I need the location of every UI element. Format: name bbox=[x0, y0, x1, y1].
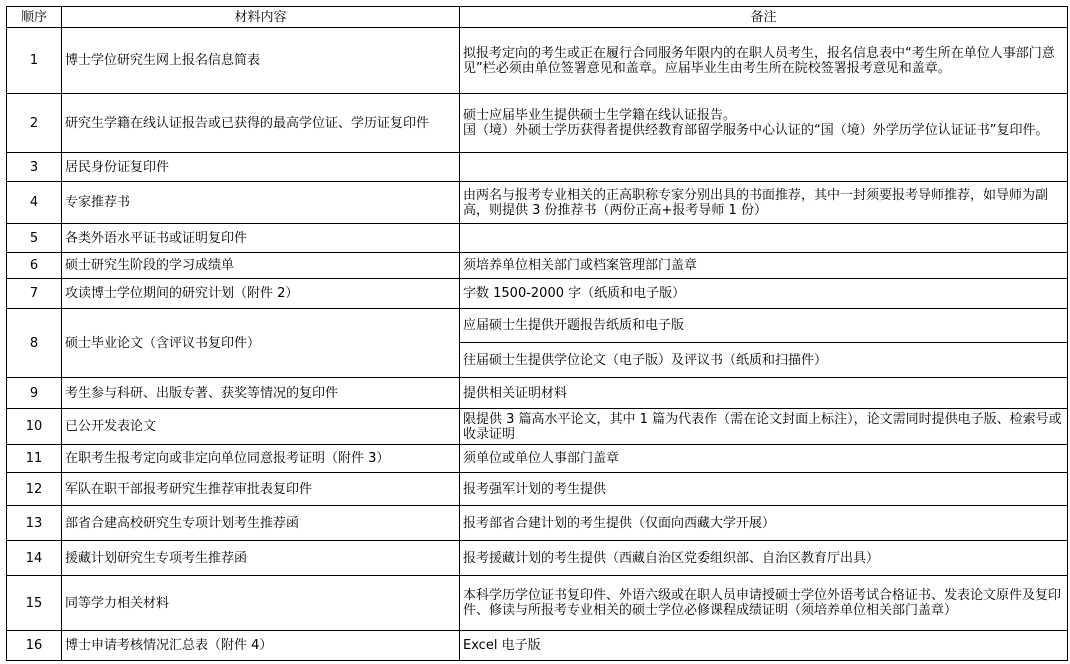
material-cell: 援藏计划研究生专项考生推荐函 bbox=[62, 541, 460, 576]
material-cell: 军队在职干部报考研究生推荐审批表复印件 bbox=[62, 473, 460, 506]
material-cell: 专家推荐书 bbox=[62, 182, 460, 224]
table-row: 6 硕士研究生阶段的学习成绩单 须培养单位相关部门或档案管理部门盖章 bbox=[7, 253, 1068, 279]
material-cell: 部省合建高校研究生专项计划考生推荐函 bbox=[62, 506, 460, 541]
row-number: 13 bbox=[7, 506, 62, 541]
note-cell: Excel 电子版 bbox=[460, 631, 1068, 661]
header-note: 备注 bbox=[460, 7, 1068, 28]
material-cell: 考生参与科研、出版专著、获奖等情况的复印件 bbox=[62, 378, 460, 409]
note-cell: 拟报考定向的考生或正在履行合同服务年限内的在职人员考生，报名信息表中“考生所在单… bbox=[460, 28, 1068, 94]
material-cell: 在职考生报考定向或非定向单位同意报考证明（附件 3） bbox=[62, 445, 460, 473]
table-row: 2 研究生学籍在线认证报告或已获得的最高学位证、学历证复印件 硕士应届毕业生提供… bbox=[7, 94, 1068, 153]
table-row: 16 博士申请考核情况汇总表（附件 4） Excel 电子版 bbox=[7, 631, 1068, 661]
note-cell: 须单位或单位人事部门盖章 bbox=[460, 445, 1068, 473]
material-cell: 居民身份证复印件 bbox=[62, 153, 460, 182]
material-cell: 研究生学籍在线认证报告或已获得的最高学位证、学历证复印件 bbox=[62, 94, 460, 153]
materials-table: 顺序 材料内容 备注 1 博士学位研究生网上报名信息简表 拟报考定向的考生或正在… bbox=[6, 6, 1068, 661]
header-material: 材料内容 bbox=[62, 7, 460, 28]
table-row: 5 各类外语水平证书或证明复印件 bbox=[7, 224, 1068, 253]
note-cell: 须培养单位相关部门或档案管理部门盖章 bbox=[460, 253, 1068, 279]
note-cell: 报考部省合建计划的考生提供（仅面向西藏大学开展） bbox=[460, 506, 1068, 541]
note-cell: 应届硕士生提供开题报告纸质和电子版 bbox=[460, 309, 1068, 343]
table-row: 12 军队在职干部报考研究生推荐审批表复印件 报考强军计划的考生提供 bbox=[7, 473, 1068, 506]
row-number: 6 bbox=[7, 253, 62, 279]
table-row: 7 攻读博士学位期间的研究计划（附件 2） 字数 1500-2000 字（纸质和… bbox=[7, 279, 1068, 309]
material-cell: 同等学力相关材料 bbox=[62, 576, 460, 631]
material-cell: 硕士研究生阶段的学习成绩单 bbox=[62, 253, 460, 279]
row-number: 1 bbox=[7, 28, 62, 94]
table-row: 11 在职考生报考定向或非定向单位同意报考证明（附件 3） 须单位或单位人事部门… bbox=[7, 445, 1068, 473]
row-number: 9 bbox=[7, 378, 62, 409]
header-order: 顺序 bbox=[7, 7, 62, 28]
row-number: 4 bbox=[7, 182, 62, 224]
note-cell: 本科学历学位证书复印件、外语六级或在职人员申请授硕士学位外语考试合格证书、发表论… bbox=[460, 576, 1068, 631]
note-cell: 往届硕士生提供学位论文（电子版）及评议书（纸质和扫描件） bbox=[460, 343, 1068, 378]
row-number: 3 bbox=[7, 153, 62, 182]
row-number: 12 bbox=[7, 473, 62, 506]
row-number: 7 bbox=[7, 279, 62, 309]
note-cell: 由两名与报考专业相关的正高职称专家分别出具的书面推荐，其中一封须要报考导师推荐，… bbox=[460, 182, 1068, 224]
note-cell: 字数 1500-2000 字（纸质和电子版） bbox=[460, 279, 1068, 309]
table-row: 8 硕士毕业论文（含评议书复印件） 应届硕士生提供开题报告纸质和电子版 bbox=[7, 309, 1068, 343]
material-cell: 博士申请考核情况汇总表（附件 4） bbox=[62, 631, 460, 661]
material-cell: 已公开发表论文 bbox=[62, 409, 460, 445]
row-number: 8 bbox=[7, 309, 62, 378]
row-number: 11 bbox=[7, 445, 62, 473]
table-row: 4 专家推荐书 由两名与报考专业相关的正高职称专家分别出具的书面推荐，其中一封须… bbox=[7, 182, 1068, 224]
table-row: 9 考生参与科研、出版专著、获奖等情况的复印件 提供相关证明材料 bbox=[7, 378, 1068, 409]
header-row: 顺序 材料内容 备注 bbox=[7, 7, 1068, 28]
note-cell: 硕士应届毕业生提供硕士生学籍在线认证报告。 国（境）外硕士学历获得者提供经教育部… bbox=[460, 94, 1068, 153]
note-cell: 提供相关证明材料 bbox=[460, 378, 1068, 409]
row-number: 15 bbox=[7, 576, 62, 631]
note-cell bbox=[460, 224, 1068, 253]
note-cell: 报考强军计划的考生提供 bbox=[460, 473, 1068, 506]
table-row: 3 居民身份证复印件 bbox=[7, 153, 1068, 182]
table-row: 10 已公开发表论文 限提供 3 篇高水平论文，其中 1 篇为代表作（需在论文封… bbox=[7, 409, 1068, 445]
table-row: 13 部省合建高校研究生专项计划考生推荐函 报考部省合建计划的考生提供（仅面向西… bbox=[7, 506, 1068, 541]
row-number: 14 bbox=[7, 541, 62, 576]
table-row: 14 援藏计划研究生专项考生推荐函 报考援藏计划的考生提供（西藏自治区党委组织部… bbox=[7, 541, 1068, 576]
material-cell: 攻读博士学位期间的研究计划（附件 2） bbox=[62, 279, 460, 309]
row-number: 5 bbox=[7, 224, 62, 253]
row-number: 16 bbox=[7, 631, 62, 661]
note-cell bbox=[460, 153, 1068, 182]
row-number: 2 bbox=[7, 94, 62, 153]
note-line: 硕士应届毕业生提供硕士生学籍在线认证报告。 bbox=[463, 108, 1064, 123]
note-line: 国（境）外硕士学历获得者提供经教育部留学服务中心认证的“国（境）外学历学位认证证… bbox=[463, 123, 1064, 138]
table-row: 1 博士学位研究生网上报名信息简表 拟报考定向的考生或正在履行合同服务年限内的在… bbox=[7, 28, 1068, 94]
row-number: 10 bbox=[7, 409, 62, 445]
material-cell: 博士学位研究生网上报名信息简表 bbox=[62, 28, 460, 94]
note-cell: 报考援藏计划的考生提供（西藏自治区党委组织部、自治区教育厅出具） bbox=[460, 541, 1068, 576]
material-cell: 硕士毕业论文（含评议书复印件） bbox=[62, 309, 460, 378]
material-cell: 各类外语水平证书或证明复印件 bbox=[62, 224, 460, 253]
note-cell: 限提供 3 篇高水平论文，其中 1 篇为代表作（需在论文封面上标注），论文需同时… bbox=[460, 409, 1068, 445]
table-row: 15 同等学力相关材料 本科学历学位证书复印件、外语六级或在职人员申请授硕士学位… bbox=[7, 576, 1068, 631]
